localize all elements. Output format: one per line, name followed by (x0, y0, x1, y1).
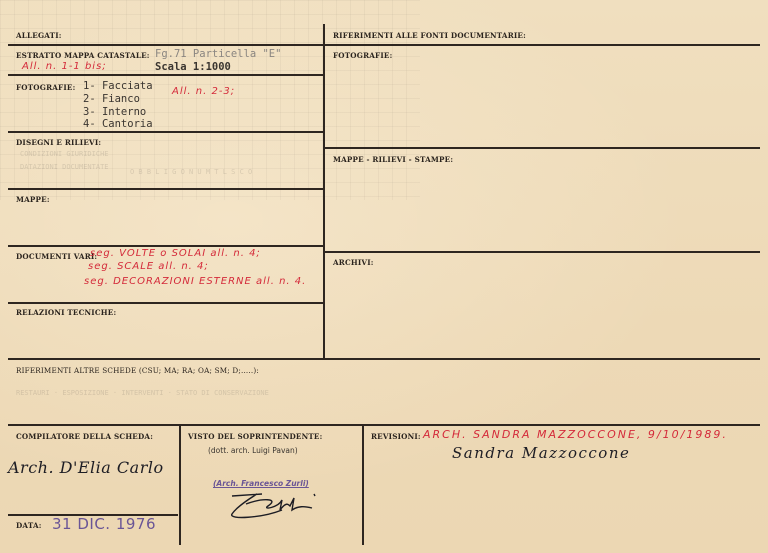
compilatore-label: COMPILATORE DELLA SCHEDA: (16, 432, 153, 441)
visto-label: VISTO DEL SOPRINTENDENTE: (188, 432, 322, 441)
disegni-label: DISEGNI E RILIEVI: (16, 138, 101, 147)
data-label: DATA: (16, 521, 42, 530)
revisioni-handwritten: ARCH. SANDRA MAZZOCCONE, 9/10/1989. (423, 428, 728, 441)
fotografie-item: 4- Cantoria (83, 118, 153, 130)
show-through-text: RESTAURI · ESPOSIZIONE · INTERVENTI · ST… (16, 389, 269, 397)
estratto-mappa-allegato: All. n. 1-1 bis; (22, 61, 107, 72)
estratto-mappa-foglio: Fg.71 Particella "E" (155, 48, 281, 60)
show-through-text: O B B L I G O N U M T L S C O (130, 168, 252, 176)
show-through-text: CONDIZIONI GIURIDICHE (20, 150, 109, 158)
allegati-label: ALLEGATI: (16, 31, 62, 40)
form-sheet: CONDIZIONI GIURIDICHE DATAZIONI DOCUMENT… (0, 0, 768, 553)
revisioni-signature: Sandra Mazzoccone (452, 444, 630, 462)
fotografie-item: 2- Fianco (83, 93, 140, 105)
rule-full-2 (8, 424, 760, 426)
footer-divider-1 (179, 425, 181, 545)
fotografie-item: 3- Interno (83, 106, 146, 118)
documenti-vari-line: seg. DECORAZIONI ESTERNE all. n. 4. (84, 276, 306, 287)
archivi-label: ARCHIVI: (333, 258, 374, 267)
mappe-label: MAPPE: (16, 195, 50, 204)
date-stamp: 31 DIC. 1976 (52, 515, 156, 533)
rule-right-2 (324, 147, 760, 149)
rule-right-3 (324, 251, 760, 253)
rule-left-6 (8, 302, 324, 304)
show-through-text: DATAZIONI DOCUMENTATE (20, 163, 109, 171)
relazioni-label: RELAZIONI TECNICHE: (16, 308, 116, 317)
soprintendente-stamp: (Arch. Francesco Zurli) (213, 479, 309, 488)
estratto-mappa-scala: Scala 1:1000 (155, 61, 231, 73)
riferimenti-fonti-label: RIFERIMENTI ALLE FONTI DOCUMENTARIE: (333, 31, 526, 40)
compilatore-signature: Arch. D'Elia Carlo (8, 458, 164, 477)
soprintendente-typed-name: (dott. arch. Luigi Pavan) (208, 446, 298, 455)
rule-left-5 (8, 245, 324, 247)
revisioni-label: REVISIONI: (371, 432, 421, 441)
documenti-vari-label: DOCUMENTI VARI: (16, 252, 97, 261)
rule-right-1 (324, 44, 760, 46)
documenti-vari-line: seg. SCALE all. n. 4; (88, 261, 209, 272)
rule-left-3 (8, 131, 324, 133)
estratto-mappa-label: ESTRATTO MAPPA CATASTALE: (16, 51, 150, 60)
fotografie-item: 1- Facciata (83, 80, 153, 92)
fotografie-allegato: All. n. 2-3; (172, 86, 235, 97)
rule-left-2 (8, 74, 324, 76)
footer-divider-2 (362, 425, 364, 545)
fotografie-label: FOTOGRAFIE: (16, 83, 75, 92)
right-fotografie-label: FOTOGRAFIE: (333, 51, 392, 60)
rule-full-1 (8, 358, 760, 360)
riferimenti-altre-schede-label: RIFERIMENTI ALTRE SCHEDE (CSU; MA; RA; O… (16, 366, 259, 375)
soprintendente-signature-icon (222, 488, 322, 524)
mappe-rilievi-stampe-label: MAPPE - RILIEVI - STAMPE: (333, 155, 453, 164)
documenti-vari-line: seg. VOLTE o SOLAI all. n. 4; (90, 248, 261, 259)
rule-left-4 (8, 188, 324, 190)
rule-left-1 (8, 44, 324, 46)
